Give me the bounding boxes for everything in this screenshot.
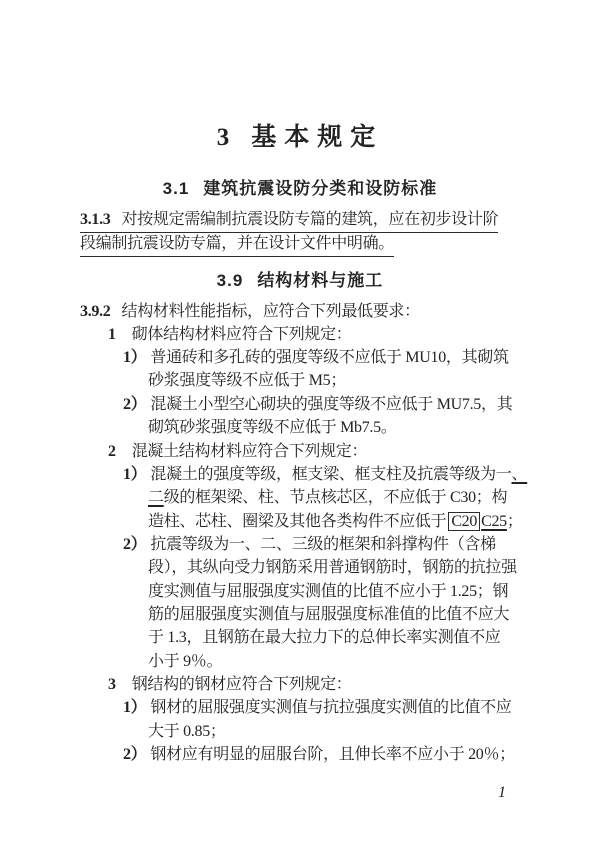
item-2-sub-1-line-2: 二级的框架梁、柱、节点核芯区，不应低于 C30；构 — [148, 488, 507, 508]
item-1-sub-2-line-1: 2）混凝土小型空心砌块的强度等级不应低于 MU7.5，其 — [123, 395, 512, 415]
text-segment: 段），其纵向受力钢筋采用普通钢筋时，钢筋的抗拉强 — [148, 559, 517, 576]
item-2-sub-2-line-3: 度实测值与屈服强度实测值的比值不应小于 1.25；钢 — [148, 582, 508, 602]
text-segment: 结构材料性能指标，应符合下列最低要求： — [122, 303, 420, 320]
item-1-sub-2-line-2: 砌筑砂浆强度等级不应低于 Mb7.5。 — [148, 418, 397, 438]
text-segment: 度实测值与屈服强度实测值的比值不应小于 1.25；钢 — [148, 583, 508, 600]
item-2-sub-2-line-1: 2）抗震等级为一、二、三级的框架和斜撑构件（含梯 — [123, 535, 496, 555]
item-1-sub-1-line-1: 1）普通砖和多孔砖的强度等级不应低于 MU10，其砌筑 — [123, 348, 509, 368]
clause-3-9-2-line: 3.9.2结构材料性能指标，应符合下列最低要求： — [80, 302, 420, 322]
text-segment: 钢材应有明显的屈服台阶，且伸长率不应小于 20％； — [150, 746, 515, 763]
text-segment: 级的框架梁、柱、节点核芯区，不应低于 C30；构 — [164, 489, 507, 506]
item-3-steel: 3钢结构的钢材应符合下列规定： — [108, 675, 352, 695]
clause-3-1-3-line-2: 段编制抗震设防专篇，并在设计文件中明确。 — [80, 234, 394, 257]
section-number: 3.1 — [163, 179, 190, 198]
item-2-sub-2-line-6: 小于 9％。 — [148, 652, 222, 672]
chapter-number: 3 — [217, 124, 230, 151]
item-2-concrete: 2混凝土结构材料应符合下列规定： — [108, 442, 367, 462]
text-segment: 3.1.3 — [80, 211, 111, 228]
text-segment: 砌体结构材料应符合下列规定： — [132, 326, 352, 343]
item-3-sub-2-line-1: 2）钢材应有明显的屈服台阶，且伸长率不应小于 20％； — [123, 745, 515, 765]
item-1-sub-1-line-2: 砂浆强度等级不应低于 M5； — [148, 371, 346, 391]
text-segment: 1） — [123, 699, 146, 716]
section-heading-3-1: 3.1建筑抗震设防分类和设防标准 — [0, 174, 600, 199]
text-segment: 于 1.3，且钢筋在最大拉力下的总伸长率实测值不应 — [148, 629, 501, 646]
item-1-masonry: 1砌体结构材料应符合下列规定： — [108, 325, 352, 345]
text-segment: 造柱、芯柱、圈梁及其他各类构件不应低于 — [148, 513, 446, 530]
page-number: 1 — [498, 784, 506, 802]
text-segment: 混凝土结构材料应符合下列规定： — [132, 443, 368, 460]
chapter-title: 3基本规定 — [0, 117, 600, 153]
text-segment: 大于 0.85； — [148, 723, 226, 740]
text-segment: 段编制抗震设防专篇，并在设计文件中明确。 — [80, 235, 394, 252]
underlined-revision-text: 二 — [148, 489, 164, 506]
text-segment: 2） — [123, 536, 146, 553]
section-number: 3.9 — [217, 271, 244, 290]
text-segment: 小于 9％。 — [148, 653, 222, 670]
item-3-sub-1-line-2: 大于 0.85； — [148, 722, 226, 742]
chapter-title-text: 基本规定 — [251, 124, 383, 151]
text-segment: 钢材的屈服强度实测值与抗拉强度实测值的比值不应 — [150, 699, 511, 716]
item-2-sub-2-line-2: 段），其纵向受力钢筋采用普通钢筋时，钢筋的抗拉强 — [148, 558, 517, 578]
text-segment: 3.9.2 — [80, 303, 111, 320]
item-2-sub-2-line-5: 于 1.3，且钢筋在最大拉力下的总伸长率实测值不应 — [148, 628, 501, 648]
text-segment: 对按规定需编制抗震设防专篇的建筑，应在初步设计阶 — [122, 211, 499, 228]
text-segment: 砂浆强度等级不应低于 M5； — [148, 372, 346, 389]
underlined-revision-text: 、 — [512, 466, 528, 483]
section-title-text: 结构材料与施工 — [257, 271, 383, 290]
text-segment: 2 — [108, 443, 116, 460]
text-segment: 钢结构的钢材应符合下列规定： — [132, 676, 352, 693]
text-segment: 1） — [123, 349, 146, 366]
item-3-sub-1-line-1: 1）钢材的屈服强度实测值与抗拉强度实测值的比值不应 — [123, 698, 512, 718]
text-segment: 3 — [108, 676, 116, 693]
text-segment: 砌筑砂浆强度等级不应低于 Mb7.5。 — [148, 419, 397, 436]
text-segment: 普通砖和多孔砖的强度等级不应低于 MU10，其砌筑 — [150, 349, 508, 366]
text-segment: 1） — [123, 466, 146, 483]
clause-3-1-3-line-1: 3.1.3对按规定需编制抗震设防专篇的建筑，应在初步设计阶 — [80, 210, 498, 233]
text-segment: 2） — [123, 746, 146, 763]
text-segment: ； — [507, 513, 523, 530]
text-segment: 抗震等级为一、二、三级的框架和斜撑构件（含梯 — [150, 536, 495, 553]
item-2-sub-2-line-4: 筋的屈服强度实测值与屈服强度标准值的比值不应大 — [148, 605, 509, 625]
section-heading-3-9: 3.9结构材料与施工 — [0, 266, 600, 291]
text-segment: 2） — [123, 396, 146, 413]
underlined-revision-text: C25 — [481, 513, 507, 530]
section-title-text: 建筑抗震设防分类和设防标准 — [203, 179, 437, 198]
boxed-deleted-value: C20 — [448, 512, 480, 531]
text-segment: 混凝土小型空心砌块的强度等级不应低于 MU7.5，其 — [150, 396, 512, 413]
text-segment: 混凝土的强度等级，框支梁、框支柱及抗震等级为一 — [150, 466, 511, 483]
item-2-sub-1-line-1: 1）混凝土的强度等级，框支梁、框支柱及抗震等级为一、 — [123, 465, 527, 485]
document-page: 3基本规定 3.1建筑抗震设防分类和设防标准 3.9结构材料与施工 3.1.3对… — [0, 0, 600, 868]
text-segment: 筋的屈服强度实测值与屈服强度标准值的比值不应大 — [148, 606, 509, 623]
item-2-sub-1-line-3: 造柱、芯柱、圈梁及其他各类构件不应低于C20C25； — [148, 512, 523, 532]
text-segment: 1 — [108, 326, 116, 343]
